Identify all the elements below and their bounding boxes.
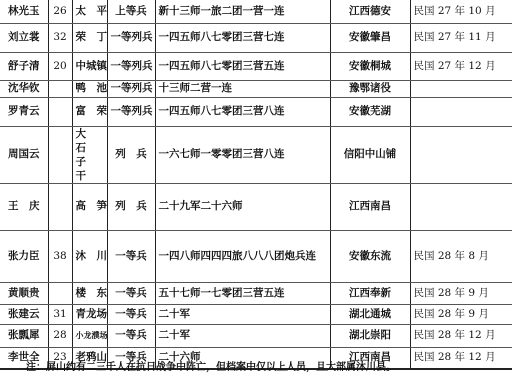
hometown-cell: 太 平 bbox=[72, 0, 107, 23]
age-cell bbox=[48, 183, 72, 230]
rank-cell: 一等兵 bbox=[107, 304, 155, 324]
hometown-cell: 沐 川 bbox=[72, 230, 107, 282]
military-unit-cell: 一四五师八七零团三营八连 bbox=[155, 97, 330, 126]
soldier-name-cell: 张力臣 bbox=[0, 230, 48, 282]
table-row: 林光玉26太 平上等兵新十三师一旅二团一营一连江西德安民国 27 年 10 月 bbox=[0, 0, 512, 23]
place-of-death-cell: 信阳中山铺 bbox=[330, 126, 410, 183]
military-unit-cell: 一四五师八七零团三营七连 bbox=[155, 23, 330, 52]
hometown-cell: 小龙濮场 bbox=[72, 324, 107, 347]
rank-cell: 一等列兵 bbox=[107, 23, 155, 52]
age-cell bbox=[48, 126, 72, 183]
place-of-death-cell: 安徽芜湖 bbox=[330, 97, 410, 126]
rank-cell: 一等兵 bbox=[107, 282, 155, 304]
table-row: 张瓢犀28小龙濮场一等兵二十军湖北崇阳民国 28 年 12 月 bbox=[0, 324, 512, 347]
rank-cell: 一等列兵 bbox=[107, 80, 155, 97]
place-of-death-cell: 安徽肇昌 bbox=[330, 23, 410, 52]
soldier-name-cell: 王 庆 bbox=[0, 183, 48, 230]
table-row: 张建云31青龙场一等兵二十军湖北通城民国 28 年 9 月 bbox=[0, 304, 512, 324]
military-unit-cell: 新十三师一旅二团一营一连 bbox=[155, 0, 330, 23]
table-row: 王 庆高 笋列 兵二十九军二十六师江西南昌 bbox=[0, 183, 512, 230]
table-row: 周国云大 石子 干列 兵一六七师一零零团三营八连信阳中山铺 bbox=[0, 126, 512, 183]
soldier-name-cell: 刘立裳 bbox=[0, 23, 48, 52]
date-of-death-cell: 民国 28 年 9 月 bbox=[410, 282, 512, 304]
soldier-name-cell: 舒子清 bbox=[0, 52, 48, 80]
place-of-death-cell: 安徽东流 bbox=[330, 230, 410, 282]
footnote: 注：屏山约有二三千人在抗日战争中阵亡，但档案中仅以上人员，且大部属沐川县。 bbox=[26, 358, 396, 373]
date-of-death-cell bbox=[410, 97, 512, 126]
hometown-cell: 大 石子 干 bbox=[72, 126, 107, 183]
table-row: 黄顺贵楼 东一等兵五十七师一七零团三营五连江西奉新民国 28 年 9 月 bbox=[0, 282, 512, 304]
soldier-name-cell: 周国云 bbox=[0, 126, 48, 183]
military-unit-cell: 二十军 bbox=[155, 324, 330, 347]
hometown-line: 子 干 bbox=[76, 155, 104, 183]
table-row: 张力臣38沐 川一等兵一四八师四四四旅八八八团炮兵连安徽东流民国 28 年 8 … bbox=[0, 230, 512, 282]
military-unit-cell: 一四五师八七零团三营五连 bbox=[155, 52, 330, 80]
place-of-death-cell: 湖北崇阳 bbox=[330, 324, 410, 347]
hometown-cell: 富 荣 bbox=[72, 97, 107, 126]
soldier-name-cell: 林光玉 bbox=[0, 0, 48, 23]
hometown-cell: 鸭 池 bbox=[72, 80, 107, 97]
military-unit-cell: 五十七师一七零团三营五连 bbox=[155, 282, 330, 304]
rank-cell: 上等兵 bbox=[107, 0, 155, 23]
hometown-cell: 荣 丁 bbox=[72, 23, 107, 52]
rank-cell: 一等列兵 bbox=[107, 52, 155, 80]
age-cell: 32 bbox=[48, 23, 72, 52]
table-row: 罗青云富 荣一等列兵一四五师八七零团三营八连安徽芜湖 bbox=[0, 97, 512, 126]
place-of-death-cell: 豫鄂诸役 bbox=[330, 80, 410, 97]
military-unit-cell: 二十军 bbox=[155, 304, 330, 324]
date-of-death-cell: 民国 28 年 8 月 bbox=[410, 230, 512, 282]
date-of-death-cell: 民国 28 年 9 月 bbox=[410, 304, 512, 324]
age-cell bbox=[48, 282, 72, 304]
hometown-line: 大 石 bbox=[76, 127, 104, 155]
soldier-name-cell: 罗青云 bbox=[0, 97, 48, 126]
date-of-death-cell: 民国 28 年 12 月 bbox=[410, 347, 512, 369]
soldier-name-cell: 张建云 bbox=[0, 304, 48, 324]
age-cell: 38 bbox=[48, 230, 72, 282]
date-of-death-cell: 民国 27 年 10 月 bbox=[410, 0, 512, 23]
age-cell: 20 bbox=[48, 52, 72, 80]
hometown-cell: 中城镇 bbox=[72, 52, 107, 80]
soldier-name-cell: 黄顺贵 bbox=[0, 282, 48, 304]
military-unit-cell: 一四八师四四四旅八八八团炮兵连 bbox=[155, 230, 330, 282]
soldier-name-cell: 沈华钦 bbox=[0, 80, 48, 97]
hometown-cell: 青龙场 bbox=[72, 304, 107, 324]
date-of-death-cell: 民国 27 年 11 月 bbox=[410, 23, 512, 52]
rank-cell: 一等兵 bbox=[107, 324, 155, 347]
table-row: 舒子清20中城镇一等列兵一四五师八七零团三营五连安徽桐城民国 27 年 12 月 bbox=[0, 52, 512, 80]
place-of-death-cell: 江西南昌 bbox=[330, 183, 410, 230]
military-unit-cell: 二十九军二十六师 bbox=[155, 183, 330, 230]
date-of-death-cell bbox=[410, 183, 512, 230]
roster-body: 林光玉26太 平上等兵新十三师一旅二团一营一连江西德安民国 27 年 10 月刘… bbox=[0, 0, 512, 369]
hometown-cell: 高 笋 bbox=[72, 183, 107, 230]
place-of-death-cell: 安徽桐城 bbox=[330, 52, 410, 80]
age-cell bbox=[48, 97, 72, 126]
soldier-name-cell: 张瓢犀 bbox=[0, 324, 48, 347]
rank-cell: 列 兵 bbox=[107, 183, 155, 230]
date-of-death-cell: 民国 28 年 12 月 bbox=[410, 324, 512, 347]
military-unit-cell: 十三师二营一连 bbox=[155, 80, 330, 97]
place-of-death-cell: 江西德安 bbox=[330, 0, 410, 23]
place-of-death-cell: 湖北通城 bbox=[330, 304, 410, 324]
age-cell: 28 bbox=[48, 324, 72, 347]
age-cell: 26 bbox=[48, 0, 72, 23]
table-row: 刘立裳32荣 丁一等列兵一四五师八七零团三营七连安徽肇昌民国 27 年 11 月 bbox=[0, 23, 512, 52]
table-row: 沈华钦鸭 池一等列兵十三师二营一连豫鄂诸役 bbox=[0, 80, 512, 97]
rank-cell: 一等列兵 bbox=[107, 97, 155, 126]
hometown-cell: 楼 东 bbox=[72, 282, 107, 304]
date-of-death-cell bbox=[410, 80, 512, 97]
military-unit-cell: 一六七师一零零团三营八连 bbox=[155, 126, 330, 183]
rank-cell: 一等兵 bbox=[107, 230, 155, 282]
age-cell bbox=[48, 80, 72, 97]
casualty-roster-table: 林光玉26太 平上等兵新十三师一旅二团一营一连江西德安民国 27 年 10 月刘… bbox=[0, 0, 512, 370]
date-of-death-cell: 民国 27 年 12 月 bbox=[410, 52, 512, 80]
rank-cell: 列 兵 bbox=[107, 126, 155, 183]
date-of-death-cell bbox=[410, 126, 512, 183]
place-of-death-cell: 江西奉新 bbox=[330, 282, 410, 304]
age-cell: 31 bbox=[48, 304, 72, 324]
